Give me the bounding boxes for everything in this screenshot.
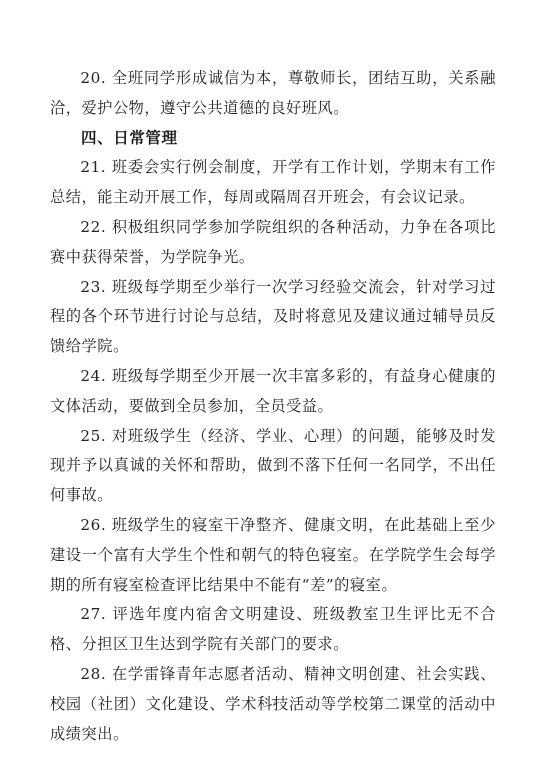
- paragraph-item-23: 23. 班级每学期至少举行一次学习经验交流会，针对学习过程的各个环节进行讨论与总…: [50, 273, 496, 362]
- paragraph-item-20: 20. 全班同学形成诚信为本，尊敬师长，团结互助，关系融洽，爱护公物，遵守公共道…: [50, 64, 496, 124]
- paragraph-item-21: 21. 班委会实行例会制度，开学有工作计划，学期末有工作总结，能主动开展工作，每…: [50, 153, 496, 213]
- document-body: 20. 全班同学形成诚信为本，尊敬师长，团结互助，关系融洽，爱护公物，遵守公共道…: [50, 64, 496, 749]
- paragraph-item-22: 22. 积极组织同学参加学院组织的各种活动，力争在各项比赛中获得荣誉，为学院争光…: [50, 213, 496, 273]
- page-number: 17: [0, 698, 543, 709]
- paragraph-item-26: 26. 班级学生的寝室干净整齐、健康文明，在此基础上至少建设一个富有大学生个性和…: [50, 511, 496, 600]
- paragraph-item-24: 24. 班级每学期至少开展一次丰富多彩的，有益身心健康的文体活动，要做到全员参加…: [50, 362, 496, 422]
- paragraph-item-27: 27. 评选年度内宿舍文明建设、班级教室卫生评比无不合格、分担区卫生达到学院有关…: [50, 600, 496, 660]
- section-heading-daily-management: 四、日常管理: [50, 124, 496, 154]
- paragraph-item-25: 25. 对班级学生（经济、学业、心理）的问题，能够及时发现并予以真诚的关怀和帮助…: [50, 422, 496, 511]
